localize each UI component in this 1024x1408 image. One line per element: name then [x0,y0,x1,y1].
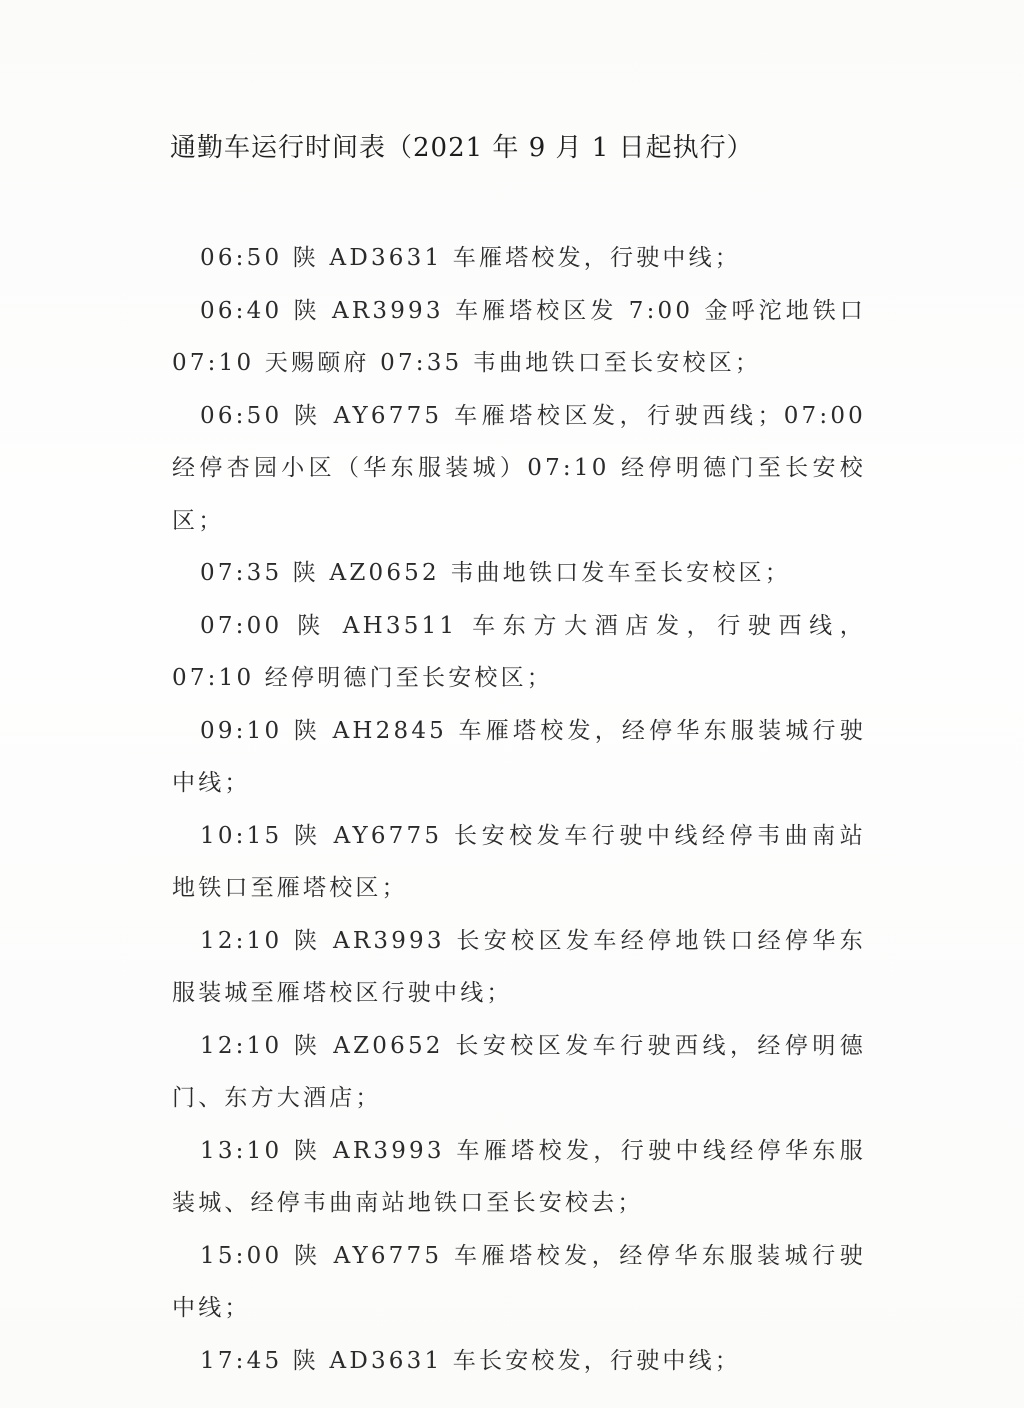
schedule-entry: 07:00 陕 AH3511 车东方大酒店发，行驶西线，07:10 经停明德门至… [172,600,866,705]
scanned-page: 通勤车运行时间表（2021 年 9 月 1 日起执行） 06:50 陕 AD36… [0,0,1024,1408]
schedule-entry: 06:50 陕 AD3631 车雁塔校发，行驶中线； [172,232,866,285]
schedule-entry: 12:10 陕 AZ0652 长安校区发车行驶西线，经停明德门、东方大酒店； [172,1020,866,1125]
schedule-entry: 17:45 陕 AD3631 车长安校发，行驶中线； [172,1335,866,1388]
schedule-entry: 09:10 陕 AH2845 车雁塔校发，经停华东服装城行驶中线； [172,705,866,810]
schedule-entry: 10:15 陕 AY6775 长安校发车行驶中线经停韦曲南站地铁口至雁塔校区； [172,810,866,915]
schedule-entry: 06:40 陕 AR3993 车雁塔校区发 7:00 金呼沱地铁口 07:10 … [172,285,866,390]
schedule-entry: 12:10 陕 AR3993 长安校区发车经停地铁口经停华东服装城至雁塔校区行驶… [172,915,866,1020]
schedule-entry: 13:10 陕 AR3993 车雁塔校发，行驶中线经停华东服装城、经停韦曲南站地… [172,1125,866,1230]
schedule-list: 06:50 陕 AD3631 车雁塔校发，行驶中线； 06:40 陕 AR399… [172,232,866,1387]
document-title: 通勤车运行时间表（2021 年 9 月 1 日起执行） [170,128,870,168]
schedule-entry: 07:35 陕 AZ0652 韦曲地铁口发车至长安校区； [172,547,866,600]
schedule-entry: 06:50 陕 AY6775 车雁塔校区发，行驶西线；07:00 经停杏园小区（… [172,390,866,548]
schedule-entry: 15:00 陕 AY6775 车雁塔校发，经停华东服装城行驶中线； [172,1230,866,1335]
